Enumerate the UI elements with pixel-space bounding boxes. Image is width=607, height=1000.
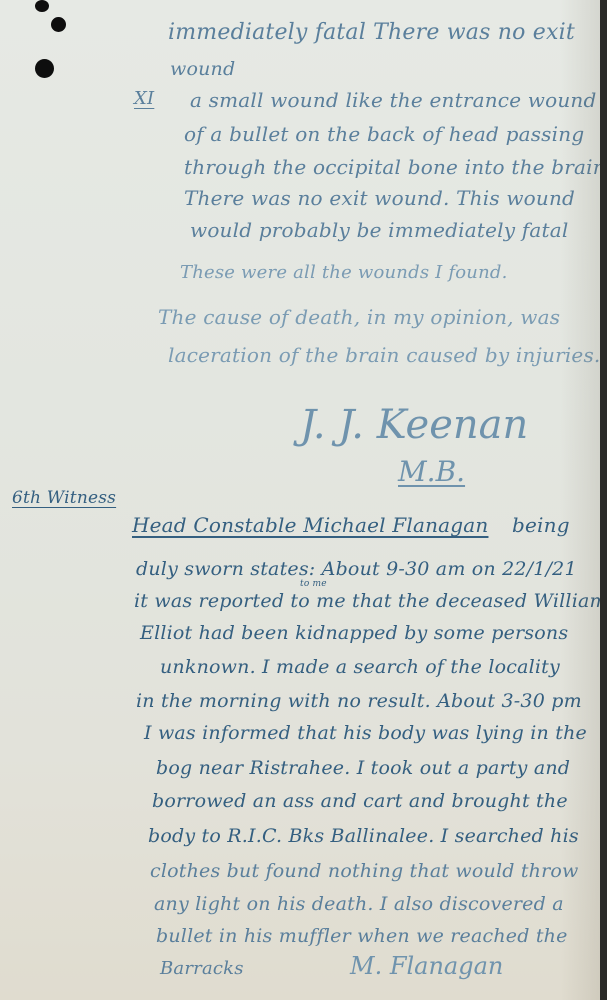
text-line: would probably be immediately fatal [190, 218, 568, 242]
witness-margin-label: 6th Witness [12, 488, 116, 508]
text-line: wound [170, 58, 235, 80]
witness-heading-tail: being [512, 513, 570, 537]
text-line: unknown. I made a search of the locality [160, 656, 560, 678]
text-line: Barracks [160, 958, 244, 979]
doctor-signature-suffix: M.B. [398, 455, 465, 488]
text-line: in the morning with no result. About 3-3… [136, 690, 582, 712]
text-line: it was reported to me that the deceased … [134, 590, 600, 612]
text-line: duly sworn states: About 9-30 am on 22/1… [136, 558, 577, 580]
punch-hole [51, 17, 66, 32]
text-line: bullet in his muffler when we reached th… [156, 925, 568, 947]
punch-hole [35, 0, 49, 12]
text-line: body to R.I.C. Bks Ballinalee. I searche… [148, 825, 579, 847]
doctor-signature: J. J. Keenan [300, 402, 528, 448]
text-line: There was no exit wound. This wound [184, 186, 575, 210]
text-line: a small wound like the entrance wound [190, 88, 597, 112]
text-line: laceration of the brain caused by injuri… [168, 343, 600, 367]
text-line: I was informed that his body was lying i… [144, 722, 587, 744]
text-line: Elliot had been kidnapped by some person… [140, 622, 568, 644]
witness-signature: M. Flanagan [350, 952, 503, 980]
text-line: bog near Ristrahee. I took out a party a… [156, 757, 570, 779]
interlinear-insertion: to me [300, 579, 327, 589]
text-line: The cause of death, in my opinion, was [158, 305, 560, 329]
text-line: of a bullet on the back of head passing [184, 122, 584, 146]
item-numeral: XI [134, 88, 154, 109]
text-line: through the occipital bone into the brai… [184, 155, 600, 179]
text-line: clothes but found nothing that would thr… [150, 860, 579, 882]
punch-hole [35, 59, 54, 78]
text-line: any light on his death. I also discovere… [154, 893, 564, 915]
witness-heading: Head Constable Michael Flanagan [132, 513, 488, 537]
document-page: immediately fatal There was no exit woun… [0, 0, 600, 1000]
text-line: immediately fatal There was no exit [168, 20, 575, 45]
text-line: borrowed an ass and cart and brought the [152, 790, 568, 812]
text-line: These were all the wounds I found. [180, 262, 508, 283]
